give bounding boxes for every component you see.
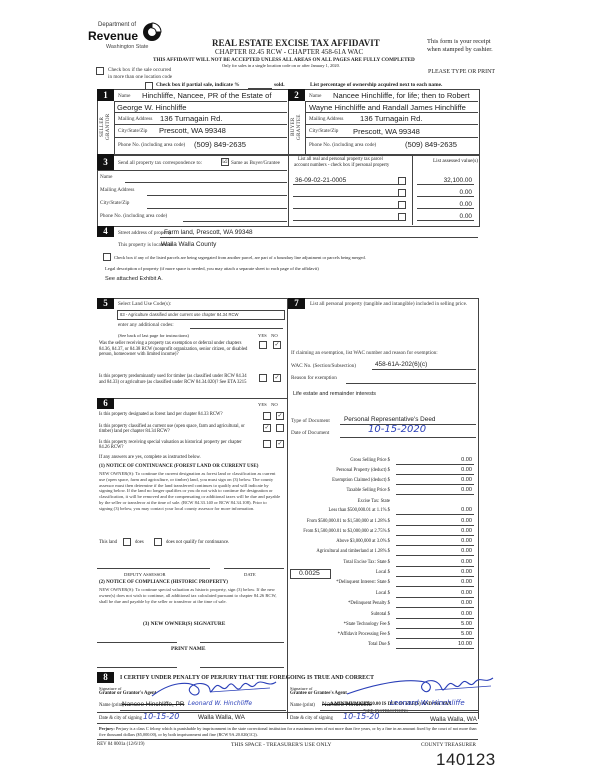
calc-row-value[interactable]: 0.00 (400, 548, 472, 554)
seller-name-line1[interactable]: Hinchliffe, Nancee, PR of the Estate of (142, 91, 271, 100)
buyer-phone-value[interactable]: (509) 849-2635 (405, 140, 457, 149)
corr-phone-field[interactable] (183, 221, 287, 222)
s6-question-no-checkbox[interactable]: ✓ (276, 412, 284, 420)
date-note: Only for sales in a single location code… (222, 63, 340, 68)
logo-main-text: Revenue (88, 29, 138, 43)
receipt-number: 140123 (436, 750, 496, 770)
calc-row-value[interactable]: 0.00 (400, 579, 472, 585)
wac-value[interactable]: 458-61A-202(6)(c) (375, 361, 427, 368)
s5-question-yes-checkbox[interactable] (259, 374, 267, 382)
parcel-number-line (293, 196, 403, 197)
grantor-name-label: Name (print) (99, 703, 124, 708)
land-does-checkbox[interactable] (123, 538, 131, 546)
grantee-name-handwritten: Leonard W. Hinchliffe (390, 699, 465, 707)
corr-city-label: City/State/Zip (100, 200, 129, 206)
section-4-number: 4 (97, 226, 114, 237)
doc-date-label: Date of Document (291, 430, 329, 436)
land-use-label: Select Land Use Code(s): (118, 301, 171, 307)
calc-row-label: Taxable Selling Price $ (290, 488, 390, 493)
receipt-note-1: This form is your receipt (427, 38, 491, 45)
same-as-buyer-label: Same as Buyer/Grantee (231, 160, 280, 166)
assessed-header: List assessed value(s) (433, 158, 478, 164)
revenue-swirl-icon (142, 22, 162, 42)
calc-row-label: *Affidavit Processing Fee $ (290, 632, 390, 637)
form-title: REAL ESTATE EXCISE TAX AFFIDAVIT (212, 38, 380, 48)
grantor-date-value[interactable]: 10-15-20 (143, 712, 179, 721)
corr-name-field[interactable] (125, 182, 287, 183)
reason-label: Reason for exemption (291, 375, 337, 381)
grantee-name-value[interactable]: Nancee Hinchliffe (322, 701, 372, 708)
section-7-number: 7 (288, 298, 305, 309)
calc-row-label: Less than $500,000.01 at 1.1% $ (290, 508, 390, 513)
buyer-city-value[interactable]: Prescott, WA 99348 (353, 127, 420, 136)
form-subtitle: CHAPTER 82.45 RCW - CHAPTER 458-61A WAC (215, 48, 363, 56)
calc-row-value[interactable]: 0.00 (400, 477, 472, 483)
calc-row-line (396, 607, 474, 608)
perjury-label: Perjury: (99, 726, 115, 731)
assessed-value[interactable]: 0.00 (420, 201, 472, 208)
section-2-number: 2 (288, 89, 305, 101)
section-6-right-border (287, 298, 288, 719)
deputy-assessor-signature-line[interactable] (97, 568, 210, 569)
buyer-city-label: City/State/Zip (309, 128, 338, 134)
local-rate-field[interactable]: 0.0025 (290, 569, 331, 579)
assessed-value-line (417, 220, 474, 221)
calc-row-line (396, 464, 474, 465)
seller-phone-value[interactable]: (509) 849-2635 (194, 140, 246, 149)
grantee-city-value[interactable]: Walla Walla, WA (430, 716, 477, 723)
seller-mailing-value[interactable]: 136 Turnagain Rd. (160, 114, 222, 123)
s6-question-yes-checkbox[interactable]: ✓ (263, 424, 271, 432)
calc-row-line (396, 576, 474, 577)
legal-description-value[interactable]: See attached Exhibit A. (105, 276, 163, 282)
does-label: does (135, 540, 144, 545)
assessed-value[interactable]: 0.00 (420, 213, 472, 220)
calc-row-value[interactable]: 0.00 (400, 457, 472, 463)
send-correspondence-label: Send all property tax correspondence to: (118, 160, 202, 166)
print-name-line-1[interactable] (97, 667, 177, 668)
deputy-assessor-label: DEPUTY ASSESSOR (124, 572, 166, 577)
calc-row-label: From $500,000.01 to $1,500,000 at 1.28% … (290, 519, 390, 524)
new-owner-signature-line-1[interactable] (97, 642, 177, 643)
calc-row-value[interactable]: 0.00 (400, 590, 472, 596)
corr-mailing-field[interactable] (147, 195, 287, 196)
exemption-label: If claiming an exemption, list WAC numbe… (291, 350, 438, 356)
logo-sub-text: Washington State (106, 44, 148, 50)
calc-row-value[interactable]: 0.00 (400, 569, 472, 575)
calc-row-line (396, 514, 474, 515)
ownership-note: List percentage of ownership acquired ne… (310, 82, 442, 88)
section-7-frame (288, 298, 478, 299)
grantor-city-value[interactable]: Walla Walla, WA (198, 714, 245, 721)
calc-row-line (396, 648, 474, 649)
seller-grantor-side-label: SELLER GRANTOR (99, 110, 112, 144)
calc-row-label: Agricultural and timberland at 1.28% $ (290, 549, 390, 554)
notice2-body: NEW OWNER(S): To continue special valuat… (99, 587, 281, 604)
new-owner-signature-line-2[interactable] (200, 642, 284, 643)
local-rate-value: 0.0025 (299, 570, 320, 577)
calc-row-line (396, 545, 474, 546)
print-name-line-2[interactable] (200, 667, 284, 668)
personal-property-checkbox[interactable] (398, 189, 406, 197)
grantor-name-handwritten: Leonard W. Hinchliffe (188, 700, 252, 707)
s5-no-header: NO (271, 333, 278, 338)
buyer-mailing-label: Mailing Address (309, 116, 343, 122)
doc-type-value[interactable]: Personal Representative's Deed (344, 416, 435, 423)
calc-row-value[interactable]: 0.00 (400, 487, 472, 493)
street-address-value[interactable]: Farm land, Prescott, WA 99348 (164, 229, 253, 236)
calc-row-value[interactable]: 0.00 (400, 600, 472, 606)
multi-location-label-2: in more than one location code (108, 74, 172, 80)
partial-sale-label: Check box if partial sale, indicate % (156, 82, 240, 88)
grantee-date-city-label: Date & city of signing (290, 716, 333, 721)
treasurer-use-only: THIS SPACE - TREASURER'S USE ONLY (231, 742, 331, 748)
doc-type-label: Type of Document (291, 418, 330, 424)
parcel-number[interactable]: 36-09-02-21-0005 (295, 177, 346, 184)
notice1-title: (1) NOTICE OF CONTINUANCE (FOREST LAND O… (99, 464, 258, 469)
county-treasurer-label: COUNTY TREASURER (421, 742, 476, 748)
assessed-value-line (417, 196, 474, 197)
grantee-signature-label-2: Grantee or Grantee's Agent (290, 691, 347, 696)
parcel-number-line (293, 220, 403, 221)
partial-sold-label: sold. (274, 82, 285, 88)
assessed-value[interactable]: 32,100.00 (420, 177, 472, 184)
calc-row-label: Personal Property (deduct) $ (290, 468, 390, 473)
seller-city-value[interactable]: Prescott, WA 99348 (159, 126, 226, 135)
calc-row-line (396, 618, 474, 619)
buyer-name-line2[interactable]: Wayne Hinchliffe and Randall James Hinch… (309, 103, 466, 112)
does-not-label: does not qualify for continuance. (166, 540, 229, 545)
s6-question-text: Is this property designated as forest la… (99, 412, 251, 417)
if-yes-note: If any answers are yes, complete as inst… (99, 455, 201, 460)
calc-row-label: Local $ (290, 591, 390, 596)
calc-row-line (396, 638, 474, 639)
legal-description-label: Legal description of property (if more s… (105, 266, 319, 271)
assessed-value-line (417, 184, 474, 185)
calc-row-value[interactable]: 0.00 (400, 507, 472, 513)
receipt-note-2: when stamped by cashier. (427, 46, 493, 53)
land-use-code-value: 83 - Agriculture classified under curren… (120, 312, 238, 317)
corr-name-label: Name (100, 174, 112, 180)
calc-row-value[interactable]: 0.00 (400, 467, 472, 473)
calc-row-value[interactable]: 0.00 (400, 518, 472, 524)
corr-phone-label: Phone No. (including area code) (100, 213, 167, 219)
grantor-date-city-label: Date & city of signing (99, 716, 142, 721)
s6-no-header: NO (271, 402, 278, 407)
calc-row-label: Above $3,000,000 at 3.0% $ (290, 539, 390, 544)
calc-row-label: Total Due $ (290, 642, 390, 647)
same-as-buyer-checkbox[interactable]: ☑ (221, 158, 229, 166)
calc-row-value[interactable]: 5.00 (400, 631, 472, 637)
s5-question-no-checkbox[interactable]: ✓ (273, 374, 281, 382)
corr-mailing-label: Mailing Address (100, 187, 134, 193)
form-id: REV 84 0001a (12/6/19) (97, 742, 144, 747)
calc-row-line (396, 586, 474, 587)
new-owner-signature-title: (3) NEW OWNER(S) SIGNATURE (143, 621, 225, 627)
seller-phone-label: Phone No. (including area code) (118, 142, 185, 148)
seller-name-line2[interactable]: George W. Hinchliffe (117, 103, 187, 112)
calc-row-line (396, 535, 474, 536)
perjury-text: Perjury is a class C felony which is pun… (99, 726, 477, 737)
multi-location-checkbox[interactable] (96, 67, 104, 75)
seller-city-label: City/State/Zip (118, 128, 147, 134)
logo-top-text: Department of (98, 22, 136, 28)
grantee-date-value[interactable]: 10-15-20 (343, 712, 379, 721)
s6-question-no-checkbox[interactable] (276, 424, 284, 432)
section-1-number: 1 (97, 89, 114, 101)
calc-row-line (396, 597, 474, 598)
parcel-number-line (293, 208, 403, 209)
calc-row-line (396, 484, 474, 485)
s6-yes-header: YES (258, 402, 267, 407)
s5-question-no-checkbox[interactable]: ✓ (273, 341, 281, 349)
s5-question-text: Was the seller receiving a property tax … (99, 341, 249, 358)
grantor-signature-label-2: Grantor or Grantor's Agent (99, 691, 156, 696)
personal-property-checkbox[interactable] (398, 213, 406, 221)
calc-row-label: *Delinquent Penalty $ (290, 601, 390, 606)
print-name-label: PRINT NAME (171, 646, 206, 652)
calc-row-label: Excise Tax: State (290, 499, 390, 504)
s6-question-text: Is this property classified as current u… (99, 424, 251, 434)
s5-question-yes-checkbox[interactable] (259, 341, 267, 349)
buyer-name-label: Name (309, 93, 321, 99)
calc-row-value[interactable]: 0.00 (400, 528, 472, 534)
segregated-label: Check box if any of the listed parcels a… (114, 255, 366, 260)
calc-row-line (396, 555, 474, 556)
parcel-header-2: account numbers - check box if personal … (294, 163, 389, 168)
calc-row-label: *Delinquent Interest: State $ (290, 580, 390, 585)
seller-mailing-label: Mailing Address (118, 116, 152, 122)
grantor-name-value[interactable]: Nancee Hinchliffe, PR (122, 701, 184, 708)
calc-row-label: *State Technology Fee $ (290, 622, 390, 627)
land-does-not-checkbox[interactable] (154, 538, 162, 546)
grantee-name-label: Name (print) (290, 703, 315, 708)
doc-date-value[interactable]: 10-15-2020 (368, 424, 426, 435)
section-8-number: 8 (97, 672, 114, 683)
s6-question-text: Is this property receiving special valua… (99, 440, 251, 450)
assessor-date-line[interactable] (224, 568, 284, 569)
wac-label: WAC No. (Section/Subsection) (291, 363, 356, 369)
parcel-header-1: List all real and personal property tax … (298, 157, 383, 162)
perjury-notice: Perjury: Perjury is a class C felony whi… (99, 726, 477, 737)
assessor-date-label: DATE (244, 572, 256, 577)
calc-row-label: Total Excise Tax: State $ (290, 560, 390, 565)
dor-logo: Department of Revenue Washington State (88, 22, 168, 52)
instructions-note: (See back of last page for instructions) (118, 333, 189, 338)
type-or-print: PLEASE TYPE OR PRINT (428, 69, 495, 75)
additional-codes-field[interactable] (190, 328, 283, 329)
buyer-mailing-value[interactable]: 136 Turnagain Rd. (360, 114, 422, 123)
s6-question-no-checkbox[interactable]: ✓ (276, 440, 284, 448)
personal-property-checkbox[interactable] (398, 177, 406, 185)
s6-question-yes-checkbox[interactable] (263, 440, 271, 448)
s6-question-yes-checkbox[interactable] (263, 412, 271, 420)
section-5-number: 5 (97, 298, 114, 309)
segregated-checkbox[interactable] (103, 253, 111, 261)
calc-row-line (396, 494, 474, 495)
land-use-code-select[interactable]: 83 - Agriculture classified under curren… (117, 310, 285, 320)
seller-name-label: Name (118, 93, 130, 99)
calc-row-value[interactable]: 0.00 (400, 559, 472, 565)
s5-yes-header: YES (258, 333, 267, 338)
personal-property-label: List all personal property (tangible and… (310, 301, 467, 307)
section-3-number: 3 (97, 154, 114, 170)
calc-row-line (396, 474, 474, 475)
calc-row-label: From $1,500,000.01 to $3,000,000 at 2.75… (290, 529, 390, 534)
personal-property-checkbox[interactable] (398, 201, 406, 209)
calc-row-label: Subtotal $ (290, 612, 390, 617)
section-5-frame (97, 298, 287, 299)
located-in-value[interactable]: Walla Walla County (161, 241, 216, 248)
calc-row-line (396, 628, 474, 629)
assessed-value[interactable]: 0.00 (420, 189, 472, 196)
notice2-title: (2) NOTICE OF COMPLIANCE (HISTORIC PROPE… (99, 580, 228, 585)
reason-value[interactable]: Life estate and remainder interests (293, 391, 376, 397)
parcel-number-line (293, 184, 403, 185)
calc-row-line (396, 566, 474, 567)
multi-location-label-1: Check box if the sale occurred (108, 67, 171, 73)
calc-row-value[interactable]: 0.00 (400, 611, 472, 617)
s5-question-text: Is this property predominantly used for … (99, 374, 249, 385)
corr-city-field[interactable] (147, 208, 287, 209)
additional-codes-label: enter any additional codes: (118, 322, 174, 328)
grantee-signature[interactable] (345, 674, 495, 700)
calc-row-value[interactable]: 10.00 (400, 641, 472, 647)
buyer-name-line1[interactable]: Nancee Hinchliffe, for life; then to Rob… (333, 91, 470, 100)
calc-row-line (396, 525, 474, 526)
assessed-value-line (417, 208, 474, 209)
this-land-label: This land (99, 540, 117, 545)
calc-row-value[interactable]: 5.00 (400, 621, 472, 627)
section-6-number: 6 (97, 398, 114, 409)
buyer-phone-label: Phone No. (including area code) (309, 142, 376, 148)
grantor-signature[interactable] (150, 678, 280, 700)
calc-row-value[interactable]: 0.00 (400, 538, 472, 544)
notice1-body: NEW OWNER(S): To continue the current de… (99, 471, 281, 512)
calc-row-label: Gross Selling Price $ (290, 458, 390, 463)
buyer-grantee-side-label: BUYER GRANTEE (290, 110, 303, 144)
calc-row-label: Exemption Claimed (deduct) $ (290, 478, 390, 483)
